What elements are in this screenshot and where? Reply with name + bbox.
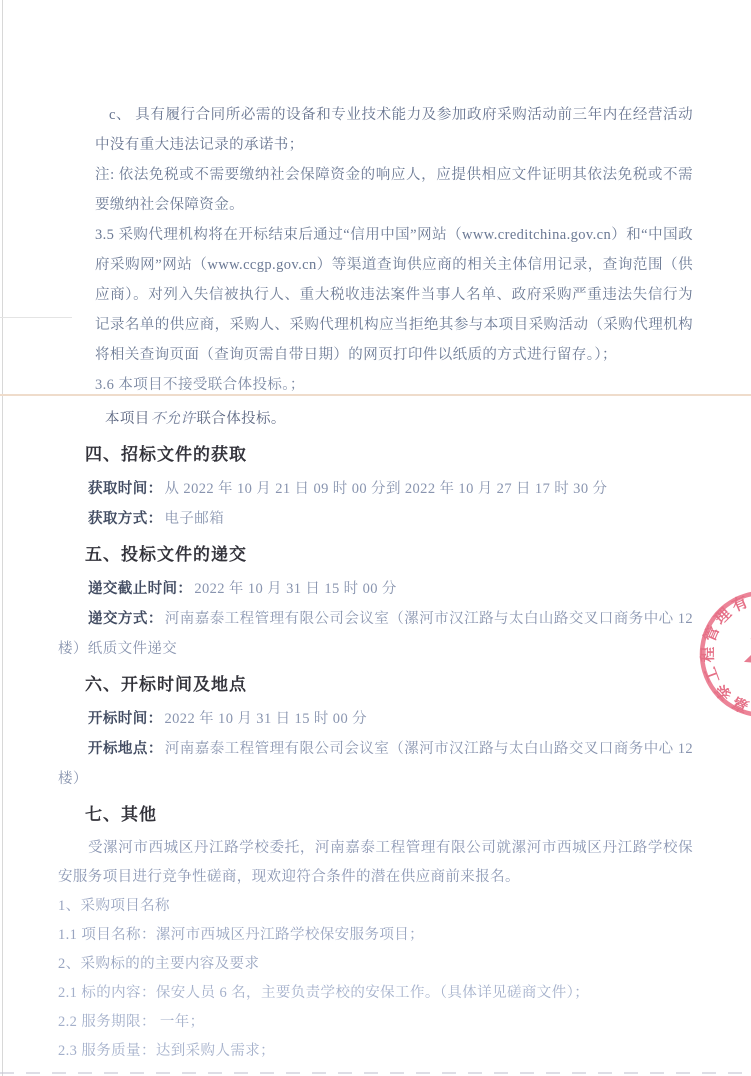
project-name-heading: 1、采购项目名称 [58, 892, 693, 921]
content-detail-row: 2.1 标的内容：保安人员 6 名，主要负责学校的安保工作。（具体详见磋商文件）… [58, 979, 693, 1008]
joint-note-prefix: 本项目 [105, 411, 150, 427]
section-title-other: 七、其他 [85, 801, 693, 829]
submission-deadline-row: 递交截止时间：2022 年 10 月 31 日 15 时 00 分 [58, 574, 693, 604]
obtain-time-row: 获取时间：从 2022 年 10 月 21 日 09 时 00 分到 2022 … [58, 474, 693, 504]
section-title-bid-opening: 六、开标时间及地点 [85, 671, 693, 699]
clause-c-commitment: c、 具有履行合同所必需的设备和专业技术能力及参加政府采购活动前三年内在经营活动… [95, 100, 693, 160]
section-title-bid-submission: 五、投标文件的递交 [85, 541, 693, 569]
tax-exemption-note: 注: 依法免税或不需要缴纳社会保障资金的响应人，应提供相应文件证明其依法免税或不… [95, 160, 693, 220]
submission-method-label: 递交方式： [88, 611, 163, 627]
submission-deadline-value: 2022 年 10 月 31 日 15 时 00 分 [194, 581, 397, 597]
opening-location-row: 开标地点：河南嘉泰工程管理有限公司会议室（漯河市汉江路与太白山路交叉口商务中心 … [58, 734, 693, 794]
project-name-value: 1.1 项目名称：漯河市西城区丹江路学校保安服务项目； [58, 921, 693, 950]
opening-location-label: 开标地点： [88, 741, 163, 757]
clause-3-6-no-consortium: 3.6 本项目不接受联合体投标。； [95, 370, 693, 400]
joint-bid-not-allowed-note: 本项目不允许联合体投标。 [58, 404, 693, 434]
opening-time-label: 开标时间： [88, 711, 163, 727]
svg-text:河南嘉泰工程管理有限公司: 河南嘉泰工程管理有限公司 [697, 588, 751, 720]
opening-time-value: 2022 年 10 月 31 日 15 时 00 分 [165, 711, 368, 727]
obtain-method-label: 获取方式： [88, 511, 163, 527]
submission-deadline-label: 递交截止时间： [88, 581, 192, 597]
service-term-row: 2.2 服务期限： 一年； [58, 1008, 693, 1037]
company-red-seal: 河南嘉泰工程管理有限公司 [697, 588, 751, 720]
service-quality-row: 2.3 服务质量：达到采购人需求； [58, 1037, 693, 1066]
opening-time-row: 开标时间：2022 年 10 月 31 日 15 时 00 分 [58, 704, 693, 734]
joint-note-suffix: 联合体投标。 [196, 411, 285, 427]
obtain-method-row: 获取方式：电子邮箱 [58, 504, 693, 534]
obtain-time-label: 获取时间： [88, 481, 163, 497]
submission-method-row: 递交方式：河南嘉泰工程管理有限公司会议室（漯河市汉江路与太白山路交叉口商务中心 … [58, 604, 693, 664]
clause-3-5-credit-check: 3.5 采购代理机构将在开标结束后通过“信用中国”网站（www.creditch… [95, 220, 693, 370]
scan-edge-bottom [0, 1072, 751, 1074]
obtain-method-value: 电子邮箱 [165, 511, 225, 527]
obtain-time-value: 从 2022 年 10 月 21 日 09 时 00 分到 2022 年 10 … [165, 481, 608, 497]
joint-note-emphasis: 不允许 [150, 411, 197, 427]
seal-company-name: 河南嘉泰工程管理有限公司 [697, 588, 751, 720]
document-body: c、 具有履行合同所必需的设备和专业技术能力及参加政府采购活动前三年内在经营活动… [0, 0, 751, 1066]
scanned-tender-document-page: c、 具有履行合同所必需的设备和专业技术能力及参加政府采购活动前三年内在经营活动… [0, 0, 751, 1076]
section-title-obtain-documents: 四、招标文件的获取 [85, 441, 693, 469]
seal-star-icon [735, 626, 751, 680]
seal-graphic: 河南嘉泰工程管理有限公司 [697, 588, 751, 720]
procurement-content-heading: 2、采购标的的主要内容及要求 [58, 950, 693, 979]
other-intro-paragraph: 受漯河市西城区丹江路学校委托，河南嘉泰工程管理有限公司就漯河市西城区丹江路学校保… [58, 834, 693, 892]
